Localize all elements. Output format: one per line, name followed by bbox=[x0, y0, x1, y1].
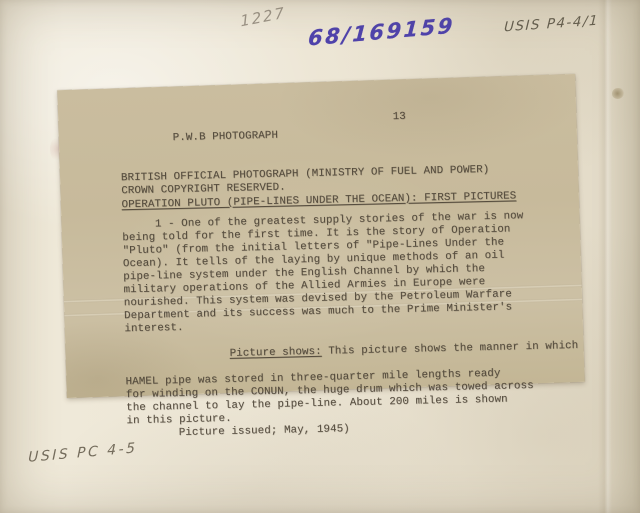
handwritten-negative-number-ink: 68/169159 bbox=[307, 13, 455, 50]
caption-agency-line: P.W.B PHOTOGRAPH 13 bbox=[120, 110, 569, 173]
picture-shows-rest: This picture shows the manner in which bbox=[322, 340, 579, 358]
photo-back-paper: 1227 68/169159 USIS P4-4/1 P.W.B PHOTOGR… bbox=[0, 0, 640, 513]
caption-label-slip: P.W.B PHOTOGRAPH 13 BRITISH OFFICIAL PHO… bbox=[57, 74, 584, 398]
handwritten-number-pencil: 1227 bbox=[240, 4, 287, 31]
picture-shows-label: Picture shows: bbox=[229, 345, 321, 359]
handwritten-usis-code-bottom-left: USIS PC 4-5 bbox=[28, 440, 138, 466]
typewritten-caption: P.W.B PHOTOGRAPH 13 BRITISH OFFICIAL PHO… bbox=[120, 110, 575, 441]
caption-paragraph-1: 1 - One of the greatest supply stories o… bbox=[122, 209, 573, 337]
caption-page-number: 13 bbox=[393, 111, 406, 124]
agency-text: P.W.B PHOTOGRAPH bbox=[173, 130, 279, 144]
paper-crease bbox=[598, 0, 612, 513]
handwritten-usis-code-top-right: USIS P4-4/1 bbox=[504, 13, 600, 36]
stain-speck bbox=[612, 88, 624, 99]
